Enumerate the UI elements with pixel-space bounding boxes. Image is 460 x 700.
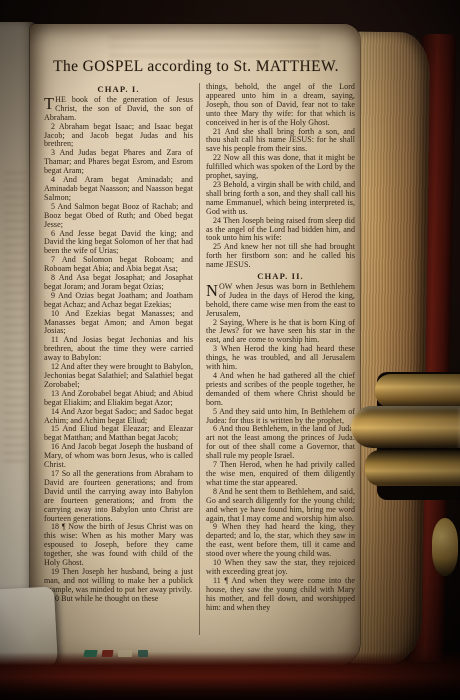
verse-number: 8 — [51, 273, 59, 282]
verse: 20 But while he thought on these — [44, 595, 193, 604]
verse: 10 When they saw the star, they rejoiced… — [206, 559, 355, 577]
gilt-ornament — [347, 372, 460, 500]
gilt-molding-bottom — [365, 450, 460, 486]
verse-number: 6 — [51, 229, 59, 238]
verse: 2 Abraham begat Isaac; and Isaac begat J… — [44, 123, 193, 150]
verse-number: 3 — [51, 148, 59, 157]
verse: 11 ¶ And when they were come into the ho… — [206, 577, 355, 613]
verse: 8 And he sent them to Bethlehem, and sai… — [206, 488, 355, 524]
book-cover-edge-bottom — [0, 652, 460, 700]
verse-number: 5 — [51, 202, 57, 211]
verse-number: 25 — [213, 242, 224, 251]
verse: 4 And when he had gathered all the chief… — [206, 372, 355, 408]
verse: 8 And Asa begat Josaphat; and Josaphat b… — [44, 274, 193, 292]
verse-number: 18 — [51, 522, 62, 531]
verse-number: 23 — [213, 180, 223, 189]
chapter-heading: CHAP. II. — [206, 272, 355, 281]
gilt-molding-middle — [351, 406, 460, 448]
verse: 25 And knew her not till she had brought… — [206, 243, 355, 270]
ribbon-marker — [102, 650, 114, 657]
verse-number: 19 — [51, 567, 62, 576]
ribbon-markers — [84, 650, 168, 660]
ribbon-marker — [83, 650, 97, 657]
verse-number: 16 — [51, 442, 61, 451]
verse-number: 12 — [51, 362, 61, 371]
verse-number: 6 — [213, 424, 219, 433]
facing-page-ghost-text — [4, 172, 26, 462]
verse-number: 4 — [51, 175, 63, 184]
verse: 16 And Jacob begat Joseph the husband of… — [44, 443, 193, 470]
verse: NOW when Jesus was born in Bethlehem of … — [206, 283, 355, 319]
verse-number: 7 — [213, 460, 220, 469]
ribbon-marker — [118, 650, 132, 657]
gilt-molding-top — [375, 374, 460, 408]
verse: 18 ¶ Now the birth of Jesus Christ was o… — [44, 523, 193, 568]
verse-number: 22 — [213, 153, 224, 162]
verse: 17 So all the generations from Abraham t… — [44, 470, 193, 523]
verse: 7 And Solomon begat Roboam; and Roboam b… — [44, 256, 193, 274]
verse-number: 14 — [51, 407, 61, 416]
drop-cap: T — [44, 96, 55, 111]
verse-number: 5 — [213, 407, 219, 416]
verse-number: 2 — [51, 122, 59, 131]
verse: 4 And Aram begat Aminadab; and Aminadab … — [44, 176, 193, 203]
verse: 12 And after they were brought to Babylo… — [44, 363, 193, 390]
verse: 21 And she shall bring forth a son, and … — [206, 128, 355, 155]
verse: 2 Saying, Where is he that is born King … — [206, 319, 355, 346]
verse-number: 11 — [213, 576, 225, 585]
verse-number: 2 — [213, 318, 220, 327]
bible-page: The GOSPEL according to St. MATTHEW. CHA… — [30, 24, 360, 666]
photo-antique-bible: The GOSPEL according to St. MATTHEW. CHA… — [0, 0, 460, 700]
verse: 11 And Josias begat Jechonias and his br… — [44, 336, 193, 363]
verse-number: 21 — [213, 127, 225, 136]
verse: 6 And Jesse begat David the king; and Da… — [44, 230, 193, 257]
verse-number: 11 — [51, 335, 64, 344]
verse-number: 15 — [51, 424, 62, 433]
verse: 23 Behold, a virgin shall be with child,… — [206, 181, 355, 217]
verse-number: 17 — [51, 469, 62, 478]
verse: 13 And Zorobabel begat Abiud; and Abiud … — [44, 390, 193, 408]
verse: 3 And Judas begat Phares and Zara of Tha… — [44, 149, 193, 176]
verse-number: 10 — [213, 558, 224, 567]
verse: 3 When Herod the king had heard these th… — [206, 345, 355, 372]
verse-number: 9 — [51, 291, 58, 300]
verse-number: 10 — [51, 309, 65, 318]
gold-knob — [432, 518, 458, 576]
left-column: CHAP. I.THE book of the generation of Je… — [44, 83, 193, 635]
verse-number: 4 — [213, 371, 220, 380]
verse: 19 Then Joseph her husband, being a just… — [44, 568, 193, 595]
verse-number: 13 — [51, 389, 61, 398]
verse: 24 Then Joseph being raised from sleep d… — [206, 217, 355, 244]
verse-number: 24 — [213, 216, 223, 225]
ribbon-marker — [138, 650, 148, 657]
verse-number: 7 — [51, 255, 62, 264]
verse-continuation: things, behold, the angel of the Lord ap… — [206, 83, 355, 128]
chapter-heading: CHAP. I. — [44, 85, 193, 94]
text-columns: CHAP. I.THE book of the generation of Je… — [44, 83, 355, 635]
verse-number: 8 — [213, 487, 219, 496]
verse: THE book of the generation of Jesus Chri… — [44, 96, 193, 123]
verse: 7 Then Herod, when he had privily called… — [206, 461, 355, 488]
verse: 5 And they said unto him, In Bethlehem o… — [206, 408, 355, 426]
verse: 9 When they had heard the king, they dep… — [206, 523, 355, 559]
verse: 22 Now all this was done, that it might … — [206, 154, 355, 181]
show-through-text — [109, 36, 320, 62]
verse-number: 3 — [213, 344, 221, 353]
verse: 10 And Ezekias begat Manasses; and Manas… — [44, 310, 193, 337]
verse-number: 9 — [213, 522, 222, 531]
verse: 9 And Ozias begat Joatham; and Joatham b… — [44, 292, 193, 310]
right-column: things, behold, the angel of the Lord ap… — [199, 83, 355, 635]
verse: 6 And thou Bethlehem, in the land of Jud… — [206, 425, 355, 461]
verse: 15 And Eliud begat Eleazar; and Eleazar … — [44, 425, 193, 443]
verse: 5 And Salmon begat Booz of Rachab; and B… — [44, 203, 193, 230]
drop-cap: N — [206, 283, 219, 298]
verse: 14 And Azor begat Sadoc; and Sadoc begat… — [44, 408, 193, 426]
